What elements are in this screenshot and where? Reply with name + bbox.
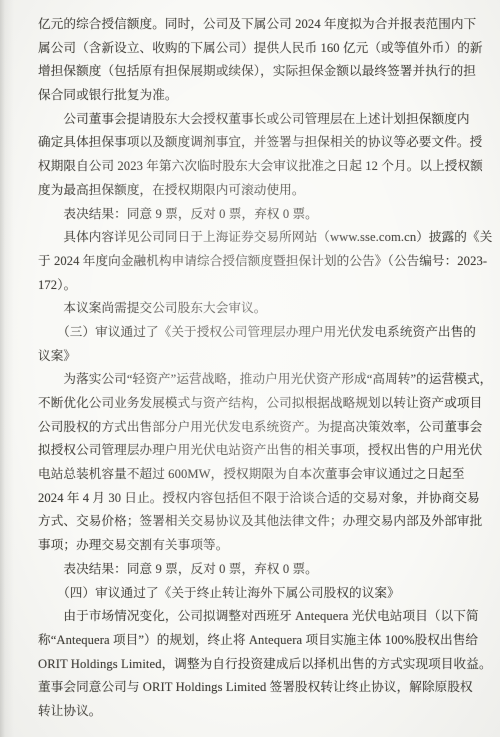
document-line: 公司股权的方式出售部分户用光伏发电系统资产。为提高决策效率，公司董事会 — [38, 416, 468, 440]
document-line: 亿元的综合授信额度。同时，公司及下属公司 2024 年度拟为合并报表范围内下 — [38, 13, 468, 37]
document-page: 亿元的综合授信额度。同时，公司及下属公司 2024 年度拟为合并报表范围内下 属… — [0, 0, 500, 737]
document-line: 方式、交易价格；签署相关交易协议及其他法律文件；办理交易内部及外部审批 — [38, 510, 468, 534]
document-line: 于 2024 年度向金融机构申请综合授信额度暨担保计划的公告》（公告编号：202… — [38, 250, 468, 274]
document-line: 公司董事会提请股东大会授权董事长或公司管理层在上述计划担保额度内 — [38, 108, 468, 132]
document-line: 董事会同意公司与 ORIT Holdings Limited 签署股权转让终止协… — [38, 676, 468, 700]
document-line: 由于市场情况变化，公司拟调整对西班牙 Antequera 光伏电站项目（以下简 — [38, 605, 468, 629]
document-line: 称“Antequera 项目”）的规划，终止将 Antequera 项目实施主体… — [38, 629, 468, 653]
vote-result-line: 表决结果：同意 9 票，反对 0 票，弃权 0 票。 — [38, 203, 468, 227]
document-line: 为落实公司“轻资产”运营战略，推动户用光伏资产形成“高周转”的运营模式， — [38, 368, 468, 392]
document-line: 增担保额度（包括原有担保展期或续保），实际担保金额以最终签署并执行的担 — [38, 60, 468, 84]
document-line: 保合同或银行批复为准。 — [38, 84, 468, 108]
document-line: 事项；办理交易交割有关事项等。 — [38, 534, 468, 558]
document-line: 电站总装机容量不超过 600MW，授权期限为自本次董事会审议通过之日起至 — [38, 463, 468, 487]
document-line: ORIT Holdings Limited，调整为自行投资建成后以择机出售的方式… — [38, 653, 468, 677]
document-line: 本议案尚需提交公司股东大会审议。 — [38, 297, 468, 321]
document-line: 属公司（含新设立、收购的下属公司）提供人民币 160 亿元（或等值外币）的新 — [38, 37, 468, 61]
document-line: 确定具体担保事项以及额度调剂事宜，并签署与担保相关的协议等必要文件。授 — [38, 131, 468, 155]
agenda-item-4-heading-line: （四）审议通过了《关于终止转让海外下属公司股权的议案》 — [38, 582, 468, 606]
document-line: 2024 年 4 月 30 日止。授权内容包括但不限于洽谈合适的交易对象，并协商… — [38, 487, 468, 511]
agenda-item-3-heading-line: （三）审议通过了《关于授权公司管理层办理户用光伏发电系统资产出售的 — [38, 321, 468, 345]
document-line: 转让协议。 — [38, 700, 468, 724]
agenda-item-3-heading-line: 议案》 — [38, 345, 468, 369]
document-line: 拟授权公司管理层办理户用光伏电站资产出售的相关事项，授权出售的户用光伏 — [38, 439, 468, 463]
document-line: 权期限自公司 2023 年第六次临时股东大会审议批准之日起 12 个月。以上授权… — [38, 155, 468, 179]
document-line: 172）。 — [38, 274, 468, 298]
document-line: 度为最高担保额度，在授权期限内可滚动使用。 — [38, 179, 468, 203]
document-line: 不断优化公司业务发展模式与资产结构，公司拟根据战略规划以转让资产或项目 — [38, 392, 468, 416]
document-text-block: 亿元的综合授信额度。同时，公司及下属公司 2024 年度拟为合并报表范围内下 属… — [38, 13, 468, 724]
document-line: 具体内容详见公司同日于上海证券交易所网站（www.sse.com.cn）披露的《… — [38, 226, 468, 250]
vote-result-line: 表决结果：同意 9 票，反对 0 票，弃权 0 票。 — [38, 558, 468, 582]
